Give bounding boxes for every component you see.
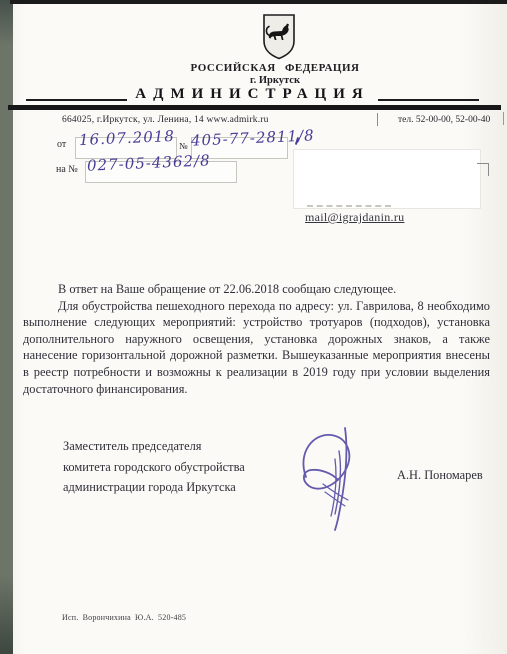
letterhead-country: РОССИЙСКАЯ ФЕДЕРАЦИЯ	[191, 62, 360, 74]
executor-line: Исп. Ворончихина Ю.А. 520-485	[62, 613, 186, 622]
scanned-official-letter: РОССИЙСКАЯ ФЕДЕРАЦИЯ г. Иркутск АДМИНИСТ…	[0, 0, 507, 654]
redacted-text-remnant	[307, 205, 391, 207]
scan-edge-top	[10, 0, 507, 4]
rule-left	[26, 99, 127, 101]
signer-position-line-3: администрации города Иркутска	[63, 477, 245, 498]
signer-position-line-2: комитета городского обустройства	[63, 457, 245, 478]
number-sign-label: №	[179, 141, 188, 151]
letterhead-phone: тел. 52-00-00, 52-00-40	[398, 115, 490, 125]
letterhead-thick-rule	[8, 105, 501, 110]
letterhead-org-row: АДМИНИСТРАЦИЯ	[26, 86, 479, 103]
letterhead-org-title: АДМИНИСТРАЦИЯ	[135, 86, 369, 103]
redacted-recipient-block	[293, 149, 481, 209]
signer-position-line-1: Заместитель председателя	[63, 436, 245, 457]
body-paragraph-2: Для обустройства пешеходного перехода по…	[23, 298, 490, 398]
signer-name: А.Н. Пономарев	[397, 468, 483, 483]
letter-body: В ответ на Ваше обращение от 22.06.2018 …	[23, 281, 490, 397]
scan-edge-left	[0, 0, 13, 654]
from-label: от	[57, 139, 66, 150]
reply-label: на №	[56, 164, 78, 175]
irkutsk-coat-of-arms-icon	[261, 13, 297, 61]
letterhead-city: г. Иркутск	[250, 75, 300, 86]
address-divider	[377, 113, 378, 126]
handwritten-signature	[292, 425, 368, 535]
body-paragraph-1: В ответ на Ваше обращение от 22.06.2018 …	[23, 281, 490, 298]
address-right-tick	[503, 112, 504, 125]
address-corner-mark	[477, 163, 489, 176]
letterhead-address: 664025, г.Иркутск, ул. Ленина, 14 www.ad…	[62, 115, 269, 125]
rule-right	[378, 99, 479, 101]
signer-position-block: Заместитель председателя комитета городс…	[63, 436, 245, 498]
recipient-email: mail@igrajdanin.ru	[305, 210, 404, 225]
